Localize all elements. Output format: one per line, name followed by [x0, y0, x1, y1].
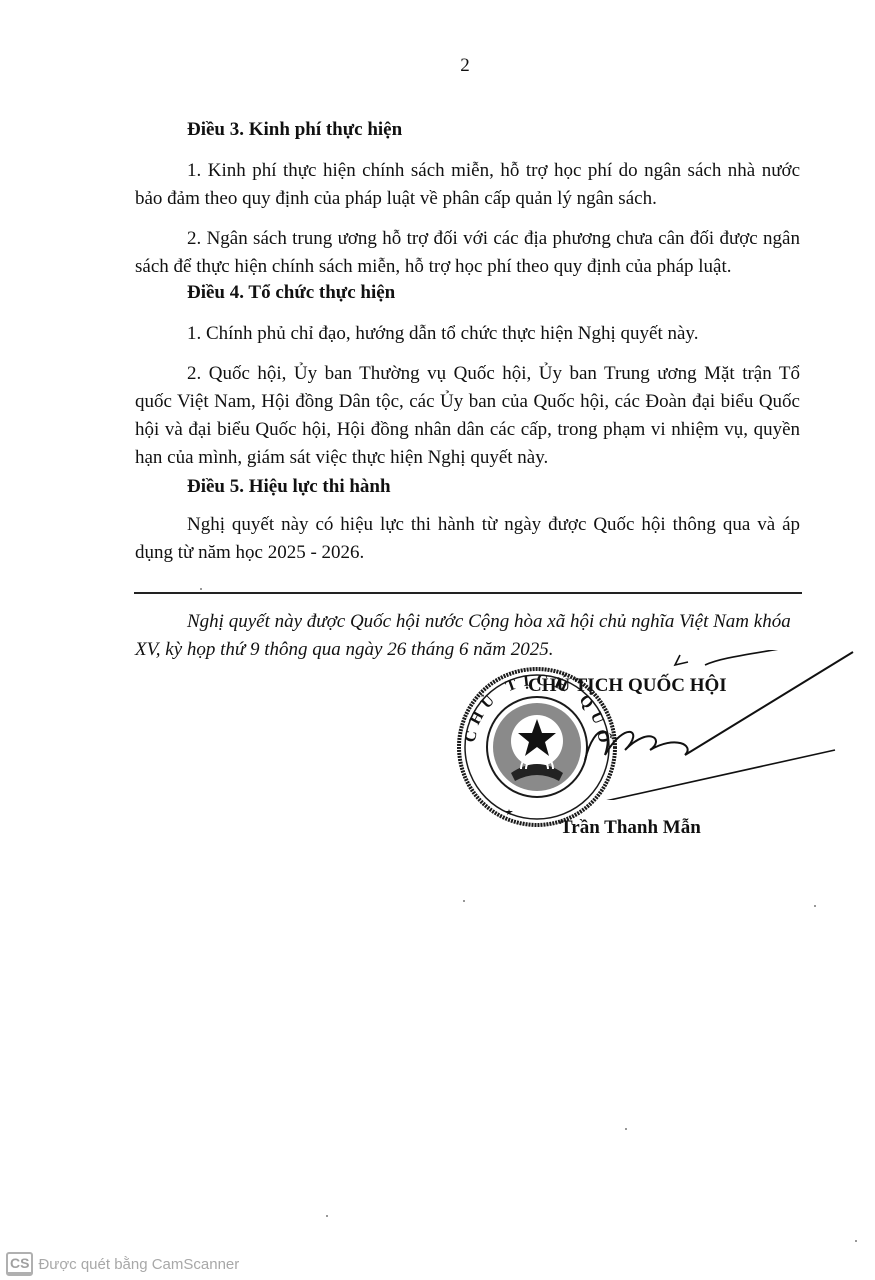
article-5: Điều 5. Hiệu lực thi hành Nghị quyết này… [135, 473, 800, 567]
scan-speck [625, 1128, 627, 1130]
camscanner-logo-icon: CS [6, 1252, 33, 1276]
article-heading: Điều 4. Tổ chức thực hiện [135, 279, 800, 307]
signatory-name: Trần Thanh Mẫn [560, 817, 701, 839]
article-3: Điều 3. Kinh phí thực hiện 1. Kinh phí t… [135, 116, 800, 281]
article-4: Điều 4. Tổ chức thực hiện 1. Chính phủ c… [135, 279, 800, 472]
scan-speck [200, 588, 202, 590]
article-paragraph: 2. Quốc hội, Ủy ban Thường vụ Quốc hội, … [135, 360, 800, 472]
camscanner-watermark: CS Được quét bằng CamScanner [6, 1252, 239, 1276]
section-divider [134, 592, 802, 594]
article-paragraph: 2. Ngân sách trung ương hỗ trợ đối với c… [135, 225, 800, 281]
article-heading: Điều 5. Hiệu lực thi hành [135, 473, 800, 501]
scan-speck [814, 905, 816, 907]
scan-speck [326, 1215, 328, 1217]
handwritten-signature-icon [555, 650, 855, 800]
article-paragraph: Nghị quyết này có hiệu lực thi hành từ n… [135, 511, 800, 567]
page-number: 2 [0, 55, 875, 77]
article-paragraph: 1. Kinh phí thực hiện chính sách miễn, h… [135, 157, 800, 213]
article-heading: Điều 3. Kinh phí thực hiện [135, 116, 800, 144]
scan-speck [463, 900, 465, 902]
article-paragraph: 1. Chính phủ chỉ đạo, hướng dẫn tổ chức … [135, 320, 800, 348]
watermark-text: Được quét bằng CamScanner [38, 1256, 239, 1273]
scan-speck [855, 1240, 857, 1242]
